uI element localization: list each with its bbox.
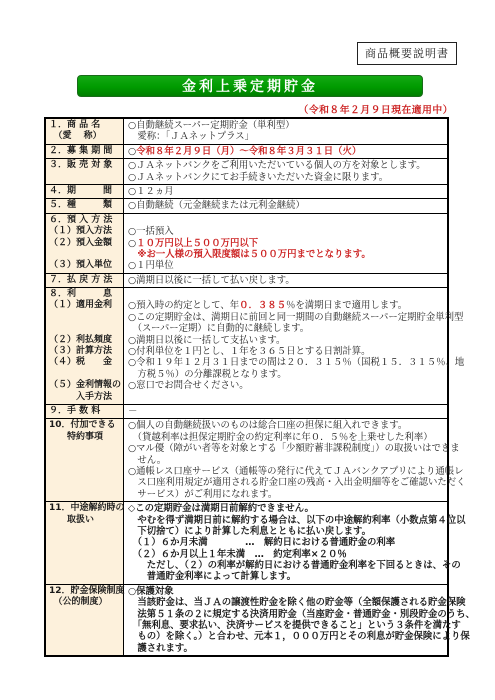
highlighted-text: １０万円以上５００万円以下 (136, 238, 258, 249)
text-segment: せん。 (128, 455, 166, 466)
content-line: 愛称：「ＪＡネットプラス」 (124, 131, 447, 142)
table-row: 11．中途解約時の 取扱い◇この定期貯金は満期日前解約できません。 やむを得ず満… (46, 501, 447, 584)
label-line (46, 620, 123, 631)
label-line (46, 323, 123, 334)
label-line: ７．払 戻 方 法 (46, 275, 123, 286)
content-line: ○保護対象 (124, 586, 447, 597)
label-line (46, 369, 123, 380)
label-line (46, 526, 123, 537)
text-segment: ス口座利用規定が適用される貯金口座の残高・入出金明細等をご確認いただく (128, 477, 466, 488)
label-line: （２）利払頻度 (46, 335, 123, 346)
text-segment: ○ＪＡネットバンクをご利用いただいている個人の方を対象とします。 (128, 160, 426, 171)
label-line: ３．販 売 対 象 (46, 160, 123, 171)
label-line: ５．種 類 (46, 200, 123, 211)
row-content: ○保護対象 当該貯金は、当ＪＡの譲渡性貯金を除く他の貯金等（全額保護される貯金保… (124, 585, 447, 655)
content-line: サービス）がご利用になれます。 (124, 489, 447, 500)
row-label: ２．募 集 期 間 (46, 145, 124, 158)
table-row: ３．販 売 対 象○ＪＡネットバンクをご利用いただいている個人の方を対象とします… (46, 158, 447, 184)
content-line: やむを得ず満期日前に解約する場合は、以下の中途解約利率（小数点第４位以 (124, 515, 447, 526)
content-line: ス口座利用規定が適用される貯金口座の残高・入出金明細等をご確認いただく (124, 477, 447, 488)
content-line: 護されます。 (124, 643, 447, 654)
text-segment: ％を満期日まで適用します。 (286, 300, 407, 311)
label-line: （１）預入方法 (46, 226, 123, 237)
text-segment: （１）６か月未満 … 解約日における普通貯金の利率 (128, 537, 395, 548)
label-line (46, 477, 123, 488)
label-line: ６．預 入 方 法 (46, 215, 123, 226)
text-segment: 愛称：「ＪＡネットプラス」 (128, 131, 254, 142)
content-line (124, 215, 447, 226)
text-segment: ○ (128, 146, 136, 157)
table-row: ９．手 数 料－ (46, 404, 447, 418)
doc-type-label: 商品概要説明書 (357, 42, 457, 65)
content-line: ○自動継続スーパー定期貯金（単利型） (124, 120, 447, 131)
label-line: １．商 品 名 (46, 120, 123, 131)
content-line: ただし、（２）の利率が解約日における普通貯金利率を下回るときは、その (124, 560, 447, 571)
text-segment: ○自動継続スーパー定期貯金（単利型） (128, 120, 295, 131)
label-line (46, 643, 123, 654)
content-line: （貸越利率は担保定期貯金の約定利率に年０．５％を上乗せした利率） (124, 432, 447, 443)
row-label: ４．期 間 (46, 185, 124, 198)
text-segment: ○満期日以後に一括して支払います。 (128, 335, 285, 346)
label-line (46, 549, 123, 560)
content-line: 普通貯金利率によって計算します。 (124, 571, 447, 582)
row-label: ８．利 息（１）適用金利（２）利払頻度（３）計算方法（４）税 金（５）金利情報の… (46, 288, 124, 404)
text-segment: ○この定期貯金は、満期日に前回と同一期間の自動継続スーパー定期貯金単利型 (128, 312, 463, 323)
row-content: ○預入時の約定として、年０．３８５％を満期日まで適用します。○この定期貯金は、満… (124, 288, 447, 404)
text-segment: （貸越利率は担保定期貯金の約定利率に年０．５％を上乗せした利率） (128, 432, 433, 443)
product-spec-table: １．商 品 名 （愛 称）○自動継続スーパー定期貯金（単利型） 愛称：「ＪＡネッ… (44, 117, 449, 657)
content-line (124, 392, 447, 403)
label-line: （１）適用金利 (46, 300, 123, 311)
text-segment: 下切捨て）により計算した利息とともに払い戻します。 (128, 526, 371, 537)
content-line: ◇この定期貯金は満期日前解約できません。 (124, 503, 447, 514)
highlighted-text: ０．３８５ (239, 300, 286, 311)
text-segment: もの）を除く。）と合わせ、元本１，０００万円とその利息が貯金保険により保 (128, 631, 470, 642)
content-line: ○ＪＡネットバンクをご利用いただいている個人の方を対象とします。 (124, 160, 447, 171)
content-line: ○通帳レス口座サービス（通帳等の発行に代えてＪＡバンクアプリにより通帳レ (124, 466, 447, 477)
content-line: 当該貯金は、当ＪＡの譲渡性貯金を除く他の貯金等（全額保護される貯金保険 (124, 597, 447, 608)
label-line: ８．利 息 (46, 289, 123, 300)
label-line: （４）税 金 (46, 357, 123, 368)
label-line: ９．手 数 料 (46, 406, 123, 417)
label-line (46, 466, 123, 477)
label-line: ４．期 間 (46, 186, 123, 197)
text-segment: ○通帳レス口座サービス（通帳等の発行に代えてＪＡバンクアプリにより通帳レ (128, 466, 463, 477)
text-segment: ○１２ヵ月 (128, 186, 174, 197)
label-line (46, 172, 123, 183)
label-line: 11．中途解約時の (46, 503, 123, 514)
table-row: 10．付加できる 特約事項○個人の自動継続扱いのものは総合口座の担保に組入れでき… (46, 418, 447, 501)
text-segment: 普通貯金利率によって計算します。 (128, 571, 296, 582)
text-segment: ○保護対象 (128, 586, 174, 597)
content-line: （１）６か月未満 … 解約日における普通貯金の利率 (124, 537, 447, 548)
label-line (46, 455, 123, 466)
content-line: もの）を除く。）と合わせ、元本１，０００万円とその利息が貯金保険により保 (124, 631, 447, 642)
label-line: （３）預入単位 (46, 260, 123, 271)
row-label: ９．手 数 料 (46, 405, 124, 418)
highlighted-text: 令和８年２月９日（月）～令和８年３月３１日（火） (136, 146, 361, 157)
content-line: 法第５１条の２に規定する決済用貯金（当座貯金・普通貯金・別段貯金のうち、 (124, 609, 447, 620)
content-line: （スーパー定期）に自動的に継続します。 (124, 323, 447, 334)
table-row: １．商 品 名 （愛 称）○自動継続スーパー定期貯金（単利型） 愛称：「ＪＡネッ… (46, 119, 447, 144)
label-line (46, 631, 123, 642)
row-content: ○自動継続スーパー定期貯金（単利型） 愛称：「ＪＡネットプラス」 (124, 119, 447, 144)
label-line: 取扱い (46, 515, 123, 526)
content-line: ※お一人様の預入限度額は５００万円までとなります。 (124, 249, 447, 260)
table-row: ４．期 間○１２ヵ月 (46, 184, 447, 198)
row-label: ３．販 売 対 象 (46, 159, 124, 184)
text-segment: ○１円単位 (128, 260, 174, 271)
content-line (124, 289, 447, 300)
row-label: 11．中途解約時の 取扱い (46, 502, 124, 584)
content-line: ○ＪＡネットバンクにてお手続きいただいた資金に限ります。 (124, 172, 447, 183)
text-segment: 方税５％）の分離課税となります。 (128, 369, 287, 380)
row-content: ○１２ヵ月 (124, 185, 447, 198)
row-label: ６．預 入 方 法（１）預入方法（２）預入金額（３）預入単位 (46, 214, 124, 273)
content-line: ○預入時の約定として、年０．３８５％を満期日まで適用します。 (124, 300, 447, 311)
text-segment: ○ＪＡネットバンクにてお手続きいただいた資金に限ります。 (128, 172, 388, 183)
content-line: ○１円単位 (124, 260, 447, 271)
text-segment: やむを得ず満期日前に解約する場合は、以下の中途解約利率（小数点第４位以 (128, 515, 466, 526)
content-line: （２）６か月以上１年未満 … 約定利率×２０％ (124, 549, 447, 560)
content-line: ○満期日以後に一括して支払います。 (124, 335, 447, 346)
label-line (46, 443, 123, 454)
row-content: ○個人の自動継続扱いのものは総合口座の担保に組入れできます。 （貸越利率は担保定… (124, 419, 447, 501)
label-line (46, 312, 123, 323)
label-line (46, 249, 123, 260)
effective-date-note: （令和８年２月９日現在適用中） (299, 102, 453, 116)
content-line: 方税５％）の分離課税となります。 (124, 369, 447, 380)
text-segment: （２）６か月以上１年未満 … 約定利率×２０％ (128, 549, 347, 560)
table-row: ２．募 集 期 間○令和８年２月９日（月）～令和８年３月３１日（火） (46, 144, 447, 158)
label-line: （３）計算方法 (46, 346, 123, 357)
content-line: ○令和８年２月９日（月）～令和８年３月３１日（火） (124, 146, 447, 157)
content-line: ○自動継続（元金継続または元利金継続） (124, 200, 447, 211)
label-line: 入手方法 (46, 392, 123, 403)
text-segment: ○令和１９年１２月３１日までの間は２０．３１５％（国税１５．３１５％、地 (128, 357, 464, 368)
content-line: ○令和１９年１２月３１日までの間は２０．３１５％（国税１５．３１５％、地 (124, 357, 447, 368)
label-line (46, 609, 123, 620)
label-line: 特約事項 (46, 432, 123, 443)
label-line (46, 489, 123, 500)
text-segment: ○ (128, 238, 136, 249)
text-segment: ○付利単位を１円とし、１年を３６５日とする日割計算。 (128, 346, 371, 357)
text-segment: ○満期日以後に一括して払い戻します。 (128, 275, 295, 286)
row-label: 12．貯金保険制度 （公的制度） (46, 585, 124, 655)
label-line (46, 560, 123, 571)
table-row: 12．貯金保険制度 （公的制度）○保護対象 当該貯金は、当ＪＡの譲渡性貯金を除く… (46, 584, 447, 655)
content-line: ○個人の自動継続扱いのものは総合口座の担保に組入れできます。 (124, 420, 447, 431)
content-line: ○付利単位を１円とし、１年を３６５日とする日割計算。 (124, 346, 447, 357)
row-content: ○令和８年２月９日（月）～令和８年３月３１日（火） (124, 145, 447, 158)
label-line: （公的制度） (46, 597, 123, 608)
content-line: ○マル優（障がい者等を対象とする「少額貯蓄非課税制度」）の取扱いはできま (124, 443, 447, 454)
title-banner: 金利上乗定期貯金 (77, 75, 423, 97)
label-line: ２．募 集 期 間 (46, 146, 123, 157)
row-content: － (124, 405, 447, 418)
label-line (46, 571, 123, 582)
row-content: ○ＪＡネットバンクをご利用いただいている個人の方を対象とします。○ＪＡネットバン… (124, 159, 447, 184)
table-row: ８．利 息（１）適用金利（２）利払頻度（３）計算方法（４）税 金（５）金利情報の… (46, 287, 447, 404)
text-segment: （スーパー定期）に自動的に継続します。 (128, 323, 309, 334)
row-content: ○自動継続（元金継続または元利金継続） (124, 199, 447, 212)
label-line: 10．付加できる (46, 420, 123, 431)
text-segment: ○窓口でお問合せください。 (128, 380, 249, 391)
text-segment: ○個人の自動継続扱いのものは総合口座の担保に組入れできます。 (128, 420, 407, 431)
row-label: １．商 品 名 （愛 称） (46, 119, 124, 144)
highlighted-text: ※お一人様の預入限度額は５００万円までとなります。 (128, 249, 371, 260)
text-segment: ただし、（２）の利率が解約日における普通貯金利率を下回るときは、その (128, 560, 461, 571)
content-line: ○窓口でお問合せください。 (124, 380, 447, 391)
text-segment: ○一括預入 (128, 226, 174, 237)
text-segment: ○マル優（障がい者等を対象とする「少額貯蓄非課税制度」）の取扱いはできま (128, 443, 460, 454)
content-line: ○満期日以後に一括して払い戻します。 (124, 275, 447, 286)
content-line: ○１０万円以上５００万円以下 (124, 238, 447, 249)
row-label: ７．払 戻 方 法 (46, 274, 124, 287)
table-row: ７．払 戻 方 法○満期日以後に一括して払い戻します。 (46, 273, 447, 287)
label-line: （２）預入金額 (46, 238, 123, 249)
page-title: 金利上乗定期貯金 (182, 76, 318, 96)
text-segment: 法第５１条の２に規定する決済用貯金（当座貯金・普通貯金・別段貯金のうち、 (128, 609, 475, 620)
text-segment: ◇この定期貯金は満期日前解約できません。 (128, 503, 314, 514)
content-line: せん。 (124, 455, 447, 466)
table-row: ５．種 類○自動継続（元金継続または元利金継続） (46, 198, 447, 212)
content-line: － (124, 406, 447, 417)
row-label: 10．付加できる 特約事項 (46, 419, 124, 501)
text-segment: － (128, 406, 137, 417)
content-line: 「無利息、要求払い、決済サービスを提供できること」という３条件を満たす (124, 620, 447, 631)
content-line: 下切捨て）により計算した利息とともに払い戻します。 (124, 526, 447, 537)
row-content: ◇この定期貯金は満期日前解約できません。 やむを得ず満期日前に解約する場合は、以… (124, 502, 447, 584)
label-line: 12．貯金保険制度 (46, 586, 123, 597)
label-line: （５）金利情報の (46, 380, 123, 391)
text-segment: 当該貯金は、当ＪＡの譲渡性貯金を除く他の貯金等（全額保護される貯金保険 (128, 597, 466, 608)
text-segment: ○自動継続（元金継続または元利金継続） (128, 200, 305, 211)
content-line: ○この定期貯金は、満期日に前回と同一期間の自動継続スーパー定期貯金単利型 (124, 312, 447, 323)
row-content: ○一括預入○１０万円以上５００万円以下 ※お一人様の預入限度額は５００万円までと… (124, 214, 447, 273)
row-content: ○満期日以後に一括して払い戻します。 (124, 274, 447, 287)
text-segment: サービス）がご利用になれます。 (128, 489, 277, 500)
content-line: ○一括預入 (124, 226, 447, 237)
text-segment: ○預入時の約定として、年 (128, 300, 239, 311)
text-segment: 護されます。 (128, 643, 193, 654)
content-line: ○１２ヵ月 (124, 186, 447, 197)
label-line (46, 537, 123, 548)
row-label: ５．種 類 (46, 199, 124, 212)
label-line: （愛 称） (46, 131, 123, 142)
text-segment: 「無利息、要求払い、決済サービスを提供できること」という３条件を満たす (128, 620, 461, 631)
table-row: ６．預 入 方 法（１）預入方法（２）預入金額（３）預入単位○一括預入○１０万円… (46, 213, 447, 273)
